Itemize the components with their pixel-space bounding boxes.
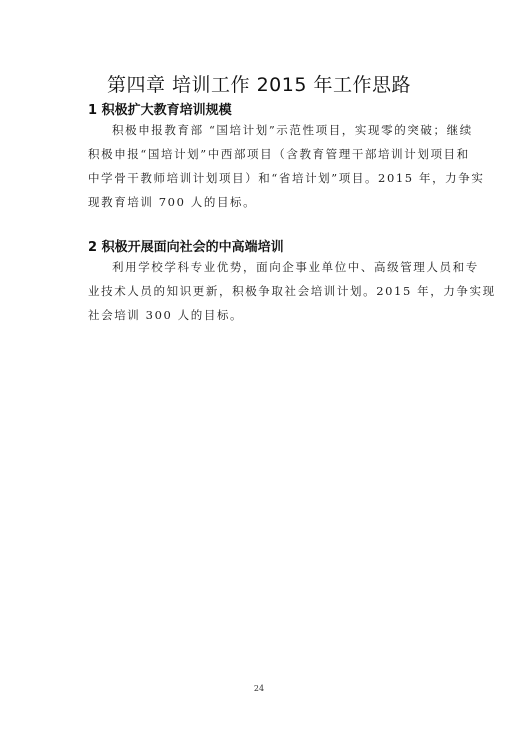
paragraph-line: 利用学校学科专业优势，面向企事业单位中、高级管理人员和专 — [88, 255, 434, 279]
paragraph-line: 中学骨干教师培训计划项目）和“省培计划”项目。2015 年，力争实 — [88, 166, 434, 190]
section-heading-2: 2 积极开展面向社会的中高端培训 — [88, 236, 284, 255]
paragraph-line: 业技术人员的知识更新，积极争取社会培训计划。2015 年，力争实现 — [88, 279, 434, 303]
paragraph-line: 积极申报“国培计划”中西部项目（含教育管理干部培训计划项目和 — [88, 142, 434, 166]
section-2-paragraph: 利用学校学科专业优势，面向企事业单位中、高级管理人员和专 业技术人员的知识更新，… — [88, 255, 434, 327]
section-1-paragraph: 积极申报教育部 “国培计划”示范性项目，实现零的突破；继续 积极申报“国培计划”… — [88, 118, 434, 214]
paragraph-line: 社会培训 300 人的目标。 — [88, 303, 434, 327]
document-page: 第四章 培训工作 2015 年工作思路 1 积极扩大教育培训规模 积极申报教育部… — [0, 0, 518, 736]
paragraph-line: 积极申报教育部 “国培计划”示范性项目，实现零的突破；继续 — [88, 118, 434, 142]
section-heading-1: 1 积极扩大教育培训规模 — [88, 99, 232, 118]
paragraph-line: 现教育培训 700 人的目标。 — [88, 190, 434, 214]
page-number: 24 — [0, 684, 518, 693]
chapter-title: 第四章 培训工作 2015 年工作思路 — [0, 70, 518, 97]
